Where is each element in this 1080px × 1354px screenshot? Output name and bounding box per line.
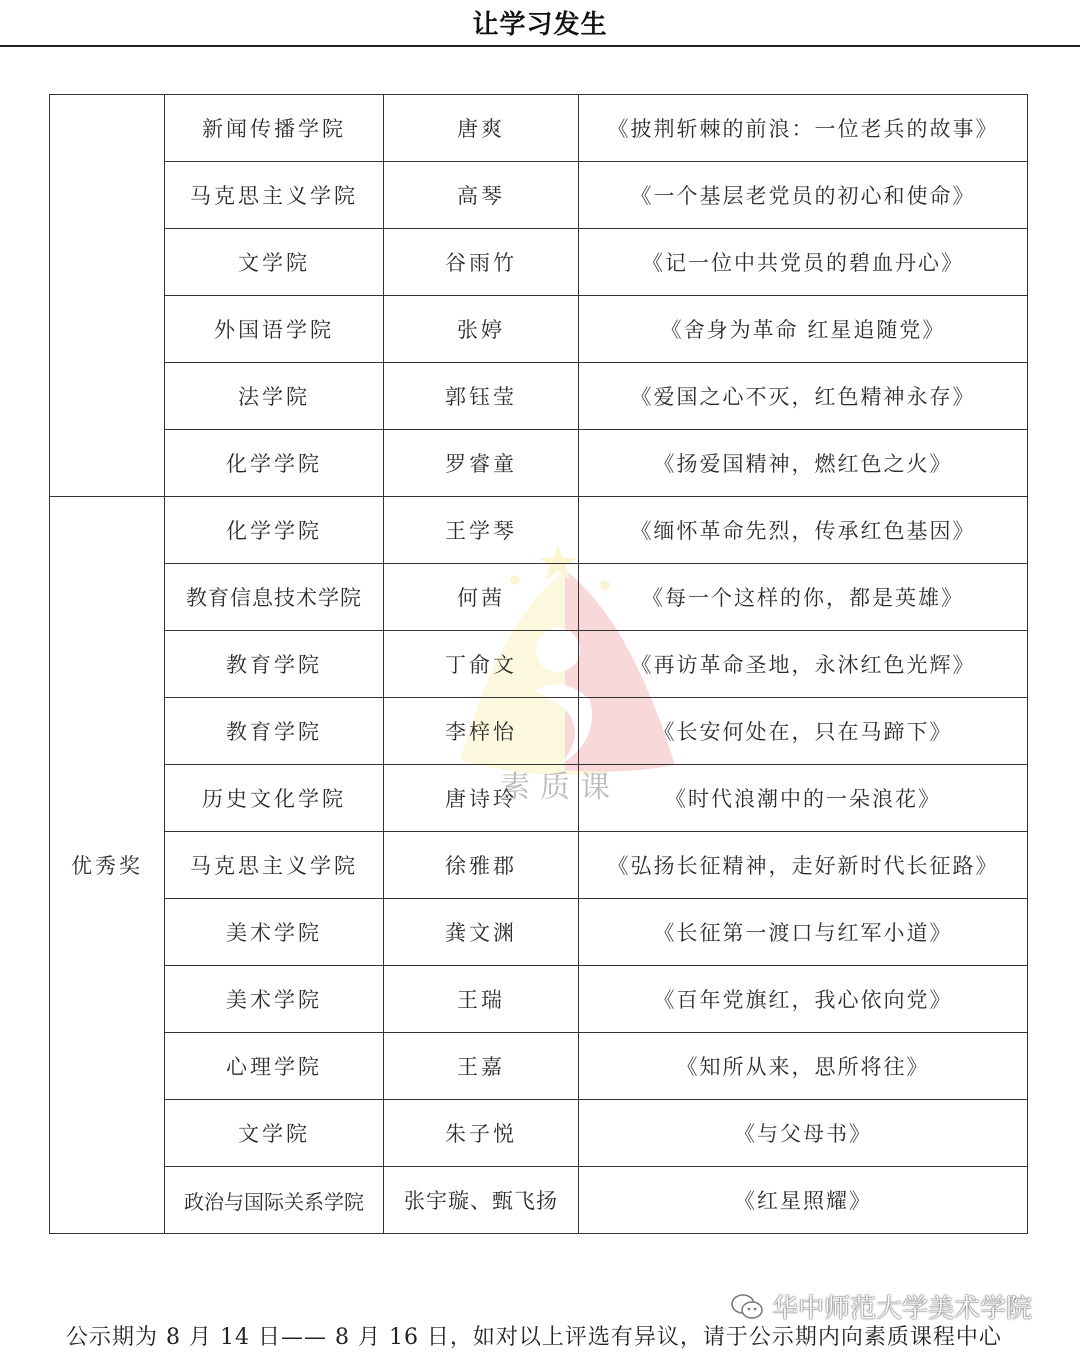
table-row: 美术学院 王瑞 《百年党旗红，我心依向党》 (50, 966, 1028, 1033)
page-title: 让学习发生 (0, 4, 1080, 41)
college-cell: 新闻传播学院 (165, 95, 384, 162)
table-row: 教育学院 丁俞文 《再访革命圣地，永沐红色光辉》 (50, 631, 1028, 698)
table-row: 文学院 朱子悦 《与父母书》 (50, 1100, 1028, 1167)
college-cell: 文学院 (165, 1100, 384, 1167)
header-divider (0, 45, 1080, 47)
name-cell: 徐雅郡 (384, 832, 579, 899)
work-title-cell: 《缅怀革命先烈，传承红色基因》 (579, 497, 1028, 564)
table-row: 马克思主义学院 徐雅郡 《弘扬长征精神，走好新时代长征路》 (50, 832, 1028, 899)
work-title-cell: 《时代浪潮中的一朵浪花》 (579, 765, 1028, 832)
name-cell: 高琴 (384, 162, 579, 229)
college-cell: 外国语学院 (165, 296, 384, 363)
name-cell: 王嘉 (384, 1033, 579, 1100)
name-cell: 罗睿童 (384, 430, 579, 497)
college-cell: 马克思主义学院 (165, 162, 384, 229)
award-table: 新闻传播学院 唐爽 《披荆斩棘的前浪：一位老兵的故事》 马克思主义学院 高琴 《… (49, 94, 1028, 1234)
work-title-cell: 《红星照耀》 (579, 1167, 1028, 1234)
college-cell: 政治与国际关系学院 (165, 1167, 384, 1234)
college-cell: 马克思主义学院 (165, 832, 384, 899)
table-row: 化学学院 罗睿童 《扬爱国精神，燃红色之火》 (50, 430, 1028, 497)
college-cell: 文学院 (165, 229, 384, 296)
work-title-cell: 《每一个这样的你，都是英雄》 (579, 564, 1028, 631)
work-title-cell: 《一个基层老党员的初心和使命》 (579, 162, 1028, 229)
wechat-icon (730, 1293, 764, 1321)
table-row: 文学院 谷雨竹 《记一位中共党员的碧血丹心》 (50, 229, 1028, 296)
table-row: 心理学院 王嘉 《知所从来，思所将往》 (50, 1033, 1028, 1100)
table-row: 教育信息技术学院 何茜 《每一个这样的你，都是英雄》 (50, 564, 1028, 631)
work-title-cell: 《弘扬长征精神，走好新时代长征路》 (579, 832, 1028, 899)
work-title-cell: 《扬爱国精神，燃红色之火》 (579, 430, 1028, 497)
name-cell: 王瑞 (384, 966, 579, 1033)
table-row: 美术学院 龚文渊 《长征第一渡口与红军小道》 (50, 899, 1028, 966)
work-title-cell: 《爱国之心不灭，红色精神永存》 (579, 363, 1028, 430)
table-row: 马克思主义学院 高琴 《一个基层老党员的初心和使命》 (50, 162, 1028, 229)
name-cell: 谷雨竹 (384, 229, 579, 296)
work-title-cell: 《长安何处在，只在马蹄下》 (579, 698, 1028, 765)
name-cell: 张婷 (384, 296, 579, 363)
table-row: 政治与国际关系学院 张宇璇、甄飞扬 《红星照耀》 (50, 1167, 1028, 1234)
work-title-cell: 《舍身为革命 红星追随党》 (579, 296, 1028, 363)
name-cell: 朱子悦 (384, 1100, 579, 1167)
college-cell: 历史文化学院 (165, 765, 384, 832)
college-cell: 教育学院 (165, 631, 384, 698)
table-row: 法学院 郭钰莹 《爱国之心不灭，红色精神永存》 (50, 363, 1028, 430)
table-row: 历史文化学院 唐诗玲 《时代浪潮中的一朵浪花》 (50, 765, 1028, 832)
college-cell: 化学学院 (165, 430, 384, 497)
award-level-cell (50, 95, 165, 497)
table-row: 教育学院 李梓怡 《长安何处在，只在马蹄下》 (50, 698, 1028, 765)
award-level-cell: 优秀奖 (50, 497, 165, 1234)
college-cell: 化学学院 (165, 497, 384, 564)
college-cell: 美术学院 (165, 899, 384, 966)
work-title-cell: 《与父母书》 (579, 1100, 1028, 1167)
table-row: 优秀奖 化学学院 王学琴 《缅怀革命先烈，传承红色基因》 (50, 497, 1028, 564)
college-cell: 法学院 (165, 363, 384, 430)
work-title-cell: 《长征第一渡口与红军小道》 (579, 899, 1028, 966)
work-title-cell: 《再访革命圣地，永沐红色光辉》 (579, 631, 1028, 698)
table-row: 新闻传播学院 唐爽 《披荆斩棘的前浪：一位老兵的故事》 (50, 95, 1028, 162)
notice-text: 公示期为 8 月 14 日—— 8 月 16 日，如对以上评选有异议，请于公示期… (66, 1320, 1002, 1351)
college-cell: 教育信息技术学院 (165, 564, 384, 631)
college-cell: 美术学院 (165, 966, 384, 1033)
college-cell: 教育学院 (165, 698, 384, 765)
name-cell: 唐诗玲 (384, 765, 579, 832)
name-cell: 唐爽 (384, 95, 579, 162)
name-cell: 王学琴 (384, 497, 579, 564)
name-cell: 李梓怡 (384, 698, 579, 765)
name-cell: 张宇璇、甄飞扬 (384, 1167, 579, 1234)
table-row: 外国语学院 张婷 《舍身为革命 红星追随党》 (50, 296, 1028, 363)
name-cell: 丁俞文 (384, 631, 579, 698)
college-cell: 心理学院 (165, 1033, 384, 1100)
work-title-cell: 《记一位中共党员的碧血丹心》 (579, 229, 1028, 296)
work-title-cell: 《百年党旗红，我心依向党》 (579, 966, 1028, 1033)
name-cell: 龚文渊 (384, 899, 579, 966)
work-title-cell: 《知所从来，思所将往》 (579, 1033, 1028, 1100)
name-cell: 郭钰莹 (384, 363, 579, 430)
work-title-cell: 《披荆斩棘的前浪：一位老兵的故事》 (579, 95, 1028, 162)
name-cell: 何茜 (384, 564, 579, 631)
